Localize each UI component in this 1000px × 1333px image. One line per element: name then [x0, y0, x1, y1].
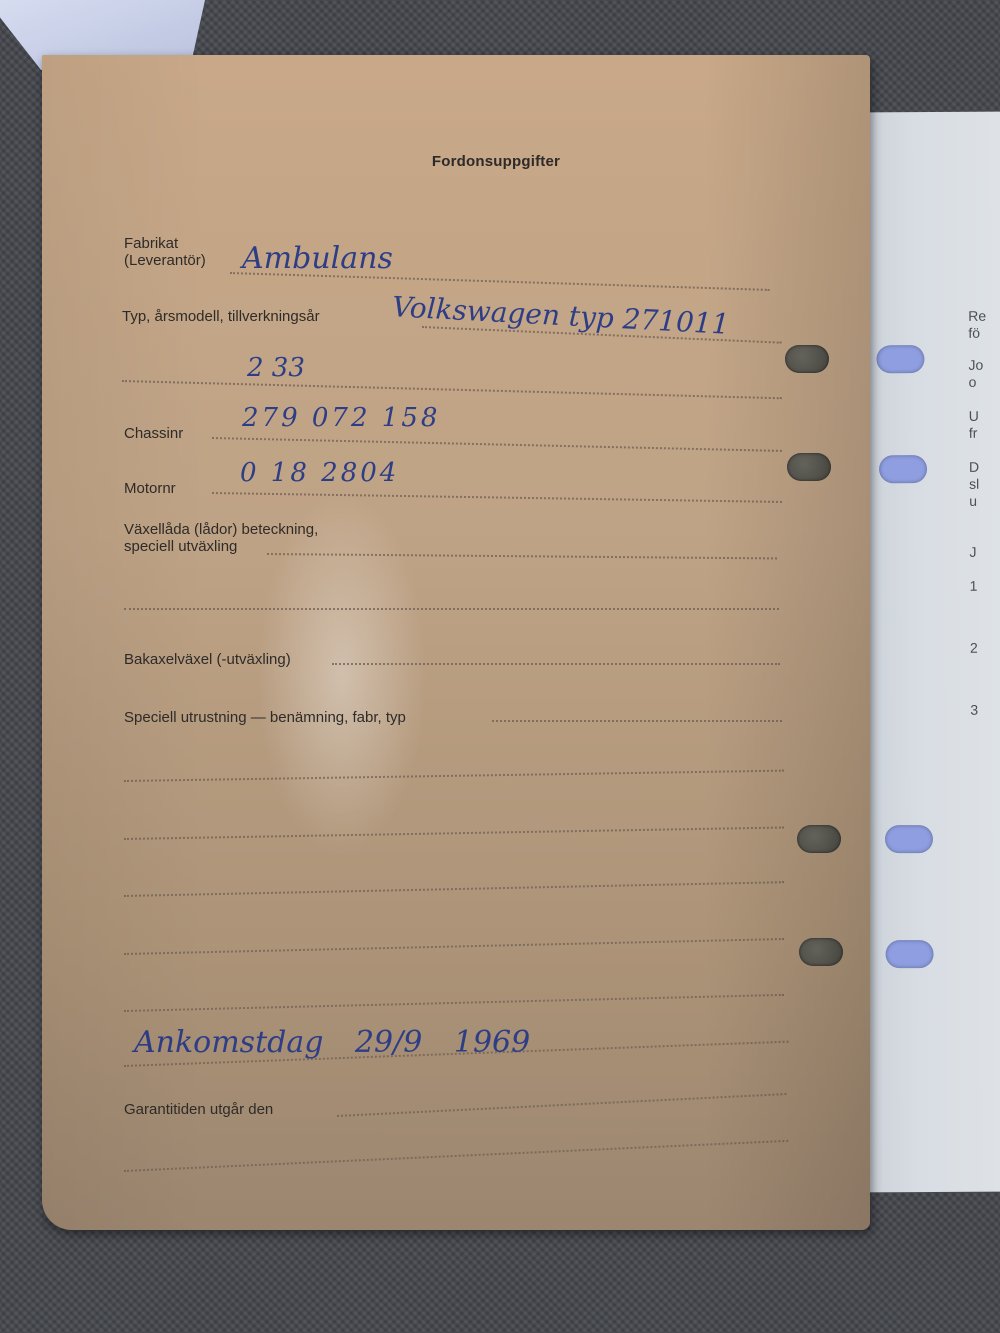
binder-hole-icon — [799, 938, 843, 966]
field-line-bakaxelvaxel[interactable] — [332, 663, 780, 665]
facing-text: 3 — [970, 702, 978, 719]
field-value-fabrikat: Ambulans — [242, 241, 393, 276]
photo-scene: Re fö Jo o U fr D sl u J 1 2 3 Fordonsup… — [0, 0, 1000, 1333]
binder-hole-icon — [876, 345, 924, 373]
field-line-speciell-utrustning[interactable] — [492, 720, 782, 722]
field-line-motornr[interactable] — [212, 492, 782, 503]
field-value-motornr: 0 18 2804 — [240, 458, 399, 488]
facing-text: sl — [969, 476, 979, 493]
facing-text: o — [969, 374, 977, 391]
field-line-vaxellada[interactable] — [267, 553, 777, 559]
facing-text: D — [969, 459, 979, 476]
document-page: Fordonsuppgifter Fabrikat (Leverantör) A… — [42, 55, 870, 1230]
field-label-fabrikat: Fabrikat (Leverantör) — [124, 235, 206, 269]
facing-text: u — [969, 493, 977, 510]
field-value-ankomstdag: Ankomstdag 29/9 1969 — [134, 1025, 530, 1060]
field-label-typ: Typ, årsmodell, tillverkningsår — [122, 308, 320, 325]
field-line-blank[interactable] — [124, 938, 784, 955]
facing-text: J — [969, 544, 976, 561]
field-line-typ-2[interactable] — [122, 380, 782, 399]
facing-text: fr — [969, 425, 978, 442]
field-value-typ-line2: 2 33 — [247, 353, 305, 383]
field-line-blank[interactable] — [124, 826, 784, 840]
binder-hole-icon — [785, 345, 829, 373]
binder-hole-icon — [886, 940, 934, 968]
facing-text: 1 — [970, 578, 978, 595]
facing-text: U — [969, 408, 979, 425]
field-line-garantitiden-2[interactable] — [124, 1140, 788, 1172]
binder-hole-icon — [797, 825, 841, 853]
field-label-chassinr: Chassinr — [124, 425, 183, 442]
field-line-blank[interactable] — [124, 994, 784, 1012]
page-title: Fordonsuppgifter — [42, 153, 870, 170]
facing-text: 2 — [970, 640, 978, 657]
field-line-blank[interactable] — [124, 770, 784, 782]
field-label-garantitiden: Garantitiden utgår den — [124, 1101, 273, 1118]
binder-hole-icon — [879, 455, 927, 483]
field-line-blank[interactable] — [124, 881, 784, 897]
binder-hole-icon — [885, 825, 933, 853]
field-line-vaxellada-2[interactable] — [124, 608, 779, 610]
facing-text: Jo — [968, 357, 983, 374]
field-label-speciell-utrustning: Speciell utrustning — benämning, fabr, t… — [124, 709, 406, 726]
field-line-chassinr[interactable] — [212, 437, 782, 452]
field-label-bakaxelvaxel: Bakaxelväxel (-utväxling) — [124, 651, 291, 668]
binder-hole-icon — [787, 453, 831, 481]
field-label-motornr: Motornr — [124, 480, 176, 497]
field-value-chassinr: 279 072 158 — [242, 403, 440, 433]
field-label-vaxellada: Växellåda (lådor) beteckning, speciell u… — [124, 521, 318, 555]
facing-text: Re — [968, 308, 986, 325]
field-line-garantitiden[interactable] — [337, 1093, 787, 1117]
facing-text: fö — [968, 325, 980, 342]
